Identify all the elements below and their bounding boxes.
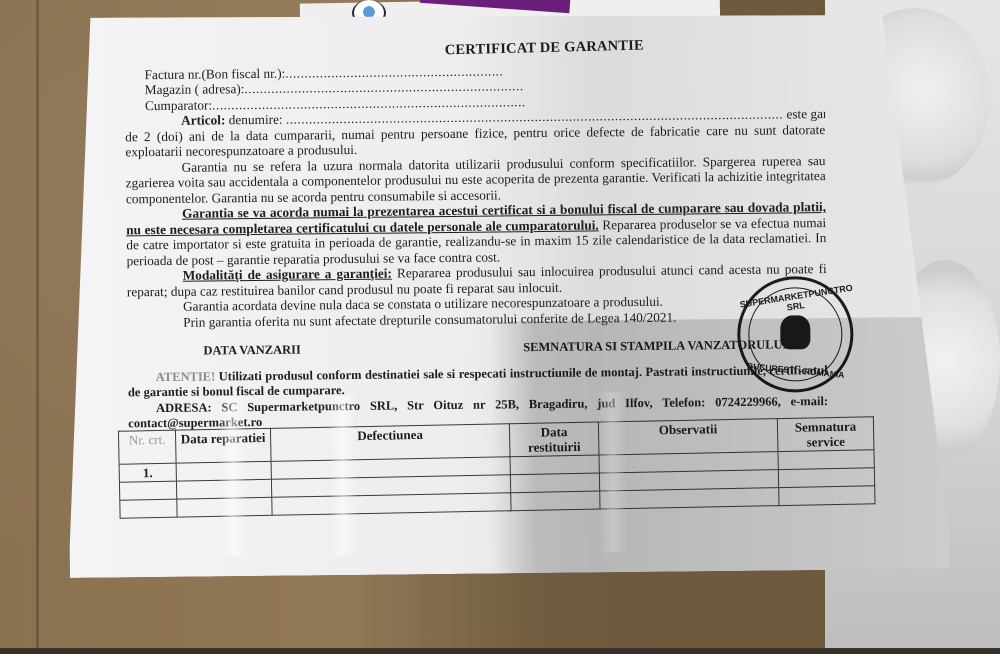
stamp-emblem-icon [780,315,810,349]
document-title: CERTIFICAT DE GARANTIE [264,34,824,63]
cell-defect [272,493,511,516]
cell-nr: 1. [119,463,176,482]
service-history-table: Nr. crt. Data reparatiei Defectiunea Dat… [118,416,876,518]
field-label: Magazin ( adresa): [145,81,245,97]
header-observations: Observatii [598,419,778,455]
methods-heading: Modalităţi de asigurare a garanţiei: [183,266,392,283]
attention-prefix: ATENTIE! [156,369,216,384]
article-name-label: denumire: [229,112,283,128]
warranty-certificate-paper: CERTIFICAT DE GARANTIE Factura nr.(Bon f… [64,9,950,578]
certificate-body: CERTIFICAT DE GARANTIE Factura nr.(Bon f… [124,38,828,432]
article-label: Articol: [181,112,225,127]
company-stamp: SUPERMARKETPUNCTRO SRL BUCURESTI - ROMAN… [737,276,854,393]
exclusions-paragraph: Garantia nu se refera la uzura normala d… [125,153,825,207]
header-repair-date: Data reparatiei [175,428,271,463]
cell-observations [600,488,779,509]
header-return-date: Data restituirii [509,422,599,457]
header-service-signature: Semnatura service [777,417,874,452]
cell-return-date [510,473,599,493]
article-suffix: este garantat pe o perioada [786,106,825,121]
cell-nr [119,481,176,500]
stamp-bottom-text: BUCURESTI - ROMANIA [741,360,851,380]
cell-repair-date [176,461,271,481]
cell-repair-date [177,497,272,517]
cardboard-seam [36,0,39,654]
cell-nr [120,499,177,518]
cell-service-signature [778,468,874,488]
field-label: Factura nr.(Bon fiscal nr.): [145,65,286,81]
cell-return-date [511,491,600,511]
field-blank: ........................................… [285,63,503,80]
bottom-edge [0,648,1000,654]
header-nr: Nr. crt. [118,430,176,464]
signature-row: DATA VANZARII SEMNATURA SI STAMPILA VANZ… [203,337,787,359]
conditions-paragraph: Garantia se va acorda numai la prezentar… [126,199,827,268]
header-defect: Defectiunea [270,424,510,462]
cell-repair-date [176,479,271,499]
cell-return-date [510,455,599,475]
field-label: Cumparator: [145,97,212,113]
cell-service-signature [778,450,874,470]
sale-date-label: DATA VANZARII [203,343,301,360]
cell-service-signature [779,486,875,506]
